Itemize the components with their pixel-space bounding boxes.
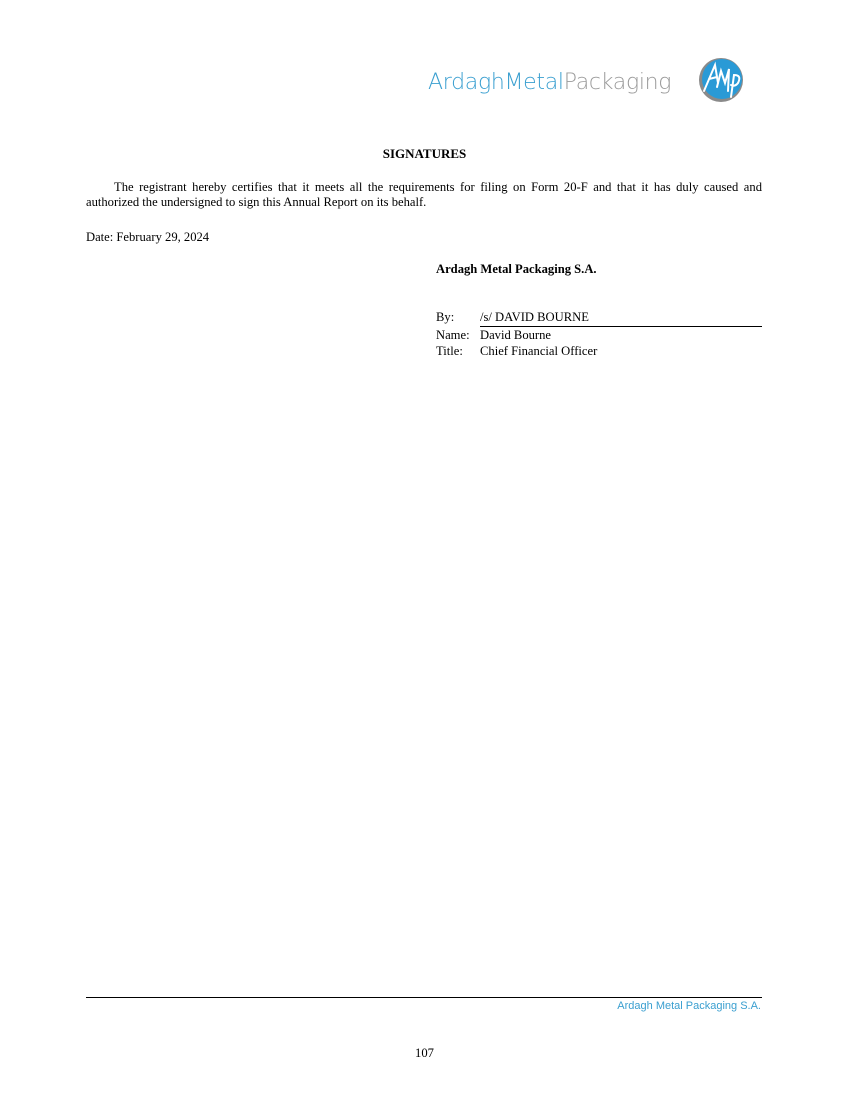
signature-by-row: By: /s/ DAVID BOURNE <box>436 309 762 327</box>
title-label: Title: <box>436 343 480 360</box>
certification-paragraph: The registrant hereby certifies that it … <box>86 180 762 210</box>
signature-line: /s/ DAVID BOURNE <box>480 309 762 327</box>
by-label: By: <box>436 309 480 327</box>
signature-name-row: Name: David Bourne <box>436 327 762 344</box>
signature-title-row: Title: Chief Financial Officer <box>436 343 762 360</box>
name-label: Name: <box>436 327 480 344</box>
signer-title: Chief Financial Officer <box>480 343 762 360</box>
logo-wordmark: ArdaghMetalPackaging <box>428 70 671 95</box>
footer-company: Ardagh Metal Packaging S.A. <box>617 1000 761 1012</box>
signer-name: David Bourne <box>480 327 762 344</box>
footer-divider <box>86 997 762 998</box>
signature-block: By: /s/ DAVID BOURNE Name: David Bourne … <box>436 309 762 360</box>
page-number: 107 <box>0 1046 849 1061</box>
signature-date: Date: February 29, 2024 <box>86 230 209 245</box>
logo-text-packaging: Packaging <box>564 70 671 95</box>
logo-text-metal: Metal <box>505 70 564 95</box>
page-title: SIGNATURES <box>0 146 849 162</box>
amp-circle-logo-icon <box>698 57 744 103</box>
company-name: Ardagh Metal Packaging S.A. <box>436 262 597 277</box>
company-logo: ArdaghMetalPackaging <box>428 57 671 107</box>
logo-text-ardagh: Ardagh <box>428 70 505 95</box>
